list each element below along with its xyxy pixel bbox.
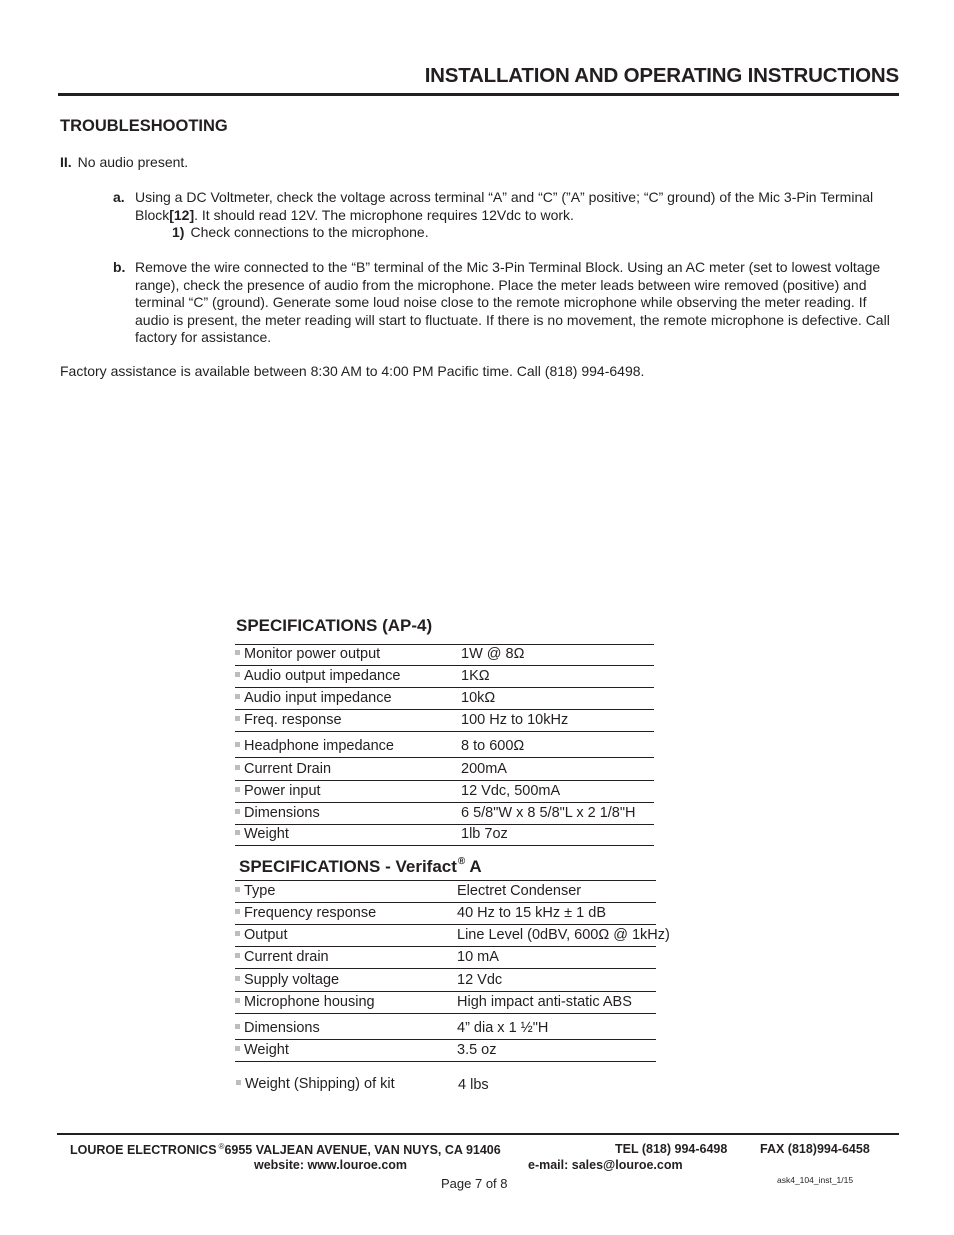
company-name: LOUROE ELECTRONICS — [70, 1143, 217, 1157]
spec-value: 12 Vdc — [457, 972, 502, 989]
spec-label: Monitor power output — [235, 646, 380, 663]
specs-verifact-title-text: SPECIFICATIONS - Verifact — [239, 857, 457, 876]
spec-label: Power input — [235, 783, 321, 800]
square-bullet-icon — [235, 830, 240, 835]
square-bullet-icon — [235, 742, 240, 747]
spec-label: Audio input impedance — [235, 690, 392, 707]
step-b: b. Remove the wire connected to the “B” … — [113, 259, 903, 347]
spec-label: Dimensions — [235, 805, 320, 822]
spec-value: 3.5 oz — [457, 1042, 497, 1059]
spec-value: High impact anti-static ABS — [457, 994, 632, 1011]
square-bullet-icon — [235, 998, 240, 1003]
spec-value: 40 Hz to 15 kHz ± 1 dB — [457, 905, 606, 922]
header-rule — [58, 93, 899, 96]
square-bullet-icon — [235, 672, 240, 677]
footer-company-address: LOUROE ELECTRONICS®6955 VALJEAN AVENUE, … — [70, 1142, 501, 1157]
spec-row: Dimensions4” dia x 1 ½"H — [235, 1014, 656, 1040]
spec-row: OutputLine Level (0dBV, 600Ω @ 1kHz) — [235, 925, 656, 947]
issue-number: II. — [60, 154, 72, 170]
step-a: a. Using a DC Voltmeter, check the volta… — [113, 189, 903, 224]
spec-row: Headphone impedance8 to 600Ω — [235, 732, 654, 758]
specs-verifact-title-suffix: A — [465, 857, 481, 876]
substep-text: Check connections to the microphone. — [190, 224, 428, 240]
spec-value: 8 to 600Ω — [461, 738, 524, 755]
spec-label: Microphone housing — [235, 994, 375, 1011]
square-bullet-icon — [235, 887, 240, 892]
kit-weight-row: Weight (Shipping) of kit — [236, 1076, 395, 1092]
footer-email[interactable]: e-mail: sales@louroe.com — [528, 1158, 683, 1172]
footer-website[interactable]: website: www.louroe.com — [254, 1158, 407, 1172]
spec-row: Microphone housingHigh impact anti-stati… — [235, 992, 656, 1014]
company-address: 6955 VALJEAN AVENUE, VAN NUYS, CA 91406 — [224, 1143, 500, 1157]
spec-value: 4” dia x 1 ½"H — [457, 1020, 548, 1037]
spec-label-text: Microphone housing — [244, 994, 375, 1010]
spec-row: TypeElectret Condenser — [235, 880, 656, 903]
section-title-troubleshooting: TROUBLESHOOTING — [60, 117, 228, 136]
spec-row: Current Drain200mA — [235, 758, 654, 781]
reference-number: [12] — [169, 207, 194, 223]
spec-label-text: Output — [244, 927, 288, 943]
step-marker: a. — [113, 189, 125, 207]
spec-label: Output — [235, 927, 288, 944]
spec-label-text: Current Drain — [244, 761, 331, 777]
spec-label-text: Monitor power output — [244, 646, 380, 662]
step-text: Using a DC Voltmeter, check the voltage … — [135, 189, 903, 224]
document-code: ask4_104_inst_1/15 — [777, 1175, 853, 1185]
spec-label-text: Headphone impedance — [244, 738, 394, 754]
spec-row: Power input12 Vdc, 500mA — [235, 781, 654, 803]
spec-label-text: Power input — [244, 783, 321, 799]
spec-label-text: Supply voltage — [244, 972, 339, 988]
spec-label-text: Frequency response — [244, 905, 376, 921]
issue-text: No audio present. — [78, 154, 189, 170]
spec-value: 10kΩ — [461, 690, 495, 707]
spec-label: Frequency response — [235, 905, 376, 922]
spec-value: Electret Condenser — [457, 883, 581, 900]
spec-label: Dimensions — [235, 1020, 320, 1037]
spec-label-text: Weight — [244, 826, 289, 842]
spec-row: Audio input impedance10kΩ — [235, 688, 654, 710]
spec-label-text: Current drain — [244, 949, 329, 965]
spec-label-text: Audio input impedance — [244, 690, 392, 706]
square-bullet-icon — [235, 976, 240, 981]
footer-tel: TEL (818) 994-6498 — [615, 1142, 727, 1156]
square-bullet-icon — [236, 1080, 241, 1085]
spec-value: Line Level (0dBV, 600Ω @ 1kHz) — [457, 927, 670, 944]
spec-label-text: Audio output impedance — [244, 668, 400, 684]
square-bullet-icon — [235, 1046, 240, 1051]
spec-row: Weight3.5 oz — [235, 1040, 656, 1062]
square-bullet-icon — [235, 716, 240, 721]
footer-rule — [57, 1133, 899, 1135]
substep-marker: 1) — [172, 224, 184, 240]
issue-heading: II.No audio present. — [60, 154, 188, 172]
spec-label-text: Freq. response — [244, 712, 342, 728]
step-marker: b. — [113, 259, 125, 277]
spec-label: Current Drain — [235, 761, 331, 778]
square-bullet-icon — [235, 953, 240, 958]
factory-assistance-note: Factory assistance is available between … — [60, 363, 644, 381]
spec-value: 1KΩ — [461, 668, 490, 685]
spec-label: Weight (Shipping) of kit — [245, 1076, 395, 1092]
square-bullet-icon — [235, 787, 240, 792]
spec-row: Weight1lb 7oz — [235, 825, 654, 846]
square-bullet-icon — [235, 765, 240, 770]
spec-value: 1W @ 8Ω — [461, 646, 524, 663]
page-number: Page 7 of 8 — [441, 1176, 508, 1191]
spec-label-text: Weight — [244, 1042, 289, 1058]
specs-ap4-title: SPECIFICATIONS (AP-4) — [236, 616, 432, 636]
spec-label: Supply voltage — [235, 972, 339, 989]
specs-ap4-table: Monitor power output1W @ 8ΩAudio output … — [235, 644, 654, 847]
spec-label-text: Dimensions — [244, 805, 320, 821]
spec-label: Weight — [235, 1042, 289, 1059]
step-text: Remove the wire connected to the “B” ter… — [135, 259, 903, 347]
square-bullet-icon — [235, 909, 240, 914]
spec-value: 200mA — [461, 761, 507, 778]
spec-label: Freq. response — [235, 712, 342, 729]
footer-fax: FAX (818)994-6458 — [760, 1142, 870, 1156]
spec-label-text: Type — [244, 883, 275, 899]
specs-verifact-table: TypeElectret CondenserFrequency response… — [235, 880, 656, 1063]
spec-value: 6 5/8"W x 8 5/8"L x 2 1/8"H — [461, 805, 636, 822]
spec-label: Headphone impedance — [235, 738, 394, 755]
spec-value: 1lb 7oz — [461, 826, 508, 843]
spec-row: Dimensions6 5/8"W x 8 5/8"L x 2 1/8"H — [235, 803, 654, 825]
kit-weight-value: 4 lbs — [458, 1077, 489, 1093]
spec-row: Audio output impedance1KΩ — [235, 666, 654, 688]
spec-label: Type — [235, 883, 275, 900]
substep-1: 1)Check connections to the microphone. — [172, 224, 429, 242]
square-bullet-icon — [235, 931, 240, 936]
specs-verifact-title: SPECIFICATIONS - Verifact® A — [239, 856, 482, 877]
spec-label: Weight — [235, 826, 289, 843]
spec-value: 12 Vdc, 500mA — [461, 783, 560, 800]
spec-label: Audio output impedance — [235, 668, 400, 685]
square-bullet-icon — [235, 809, 240, 814]
spec-row: Current drain10 mA — [235, 947, 656, 969]
document-title: INSTALLATION AND OPERATING INSTRUCTIONS — [425, 64, 899, 88]
spec-label-text: Dimensions — [244, 1020, 320, 1036]
step-text-part: . It should read 12V. The microphone req… — [194, 207, 574, 223]
spec-row: Freq. response100 Hz to 10kHz — [235, 710, 654, 732]
square-bullet-icon — [235, 1024, 240, 1029]
square-bullet-icon — [235, 650, 240, 655]
spec-row: Supply voltage12 Vdc — [235, 969, 656, 992]
square-bullet-icon — [235, 694, 240, 699]
spec-value: 100 Hz to 10kHz — [461, 712, 568, 729]
spec-row: Frequency response40 Hz to 15 kHz ± 1 dB — [235, 903, 656, 925]
spec-label: Current drain — [235, 949, 329, 966]
spec-row: Monitor power output1W @ 8Ω — [235, 644, 654, 666]
spec-value: 10 mA — [457, 949, 499, 966]
